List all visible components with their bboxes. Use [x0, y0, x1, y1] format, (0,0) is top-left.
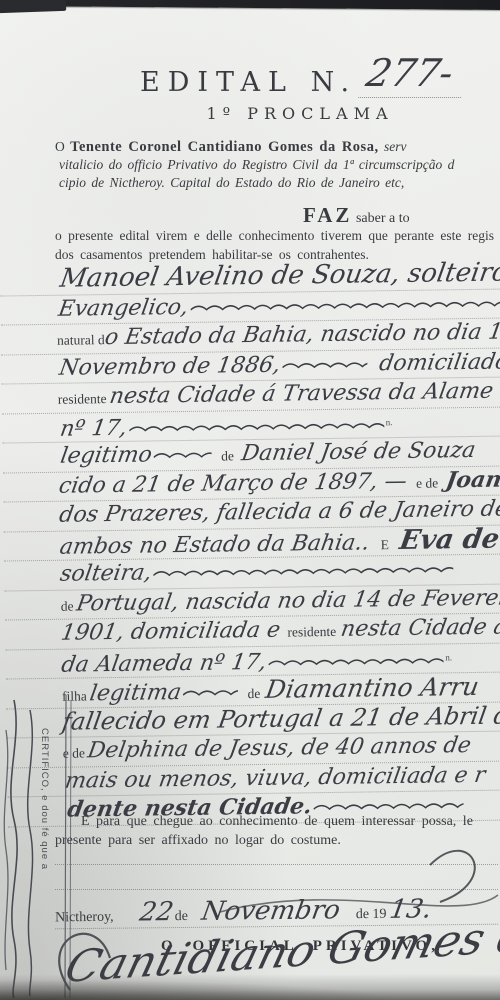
faz-saber-line: FAZ saber a to [303, 203, 410, 228]
handwritten-text: Eva de J [398, 525, 500, 554]
printed-text: natural d [57, 332, 105, 348]
ink-fill-stroke [268, 656, 443, 668]
handwritten-text: nesta Cidade á Tra [339, 613, 500, 643]
printed-line-4: o presente edital virem e delle conhecim… [55, 228, 494, 244]
edital-header: EDITAL N.277- [140, 56, 466, 103]
scanned-document: { "colors":{"paper":"#edeeec","ink":"#3a… [0, 0, 500, 1000]
intro-tail: serv [379, 139, 407, 154]
ink-fill-stroke [183, 688, 238, 699]
handwritten-text: solteira, [58, 559, 153, 587]
ink-fill-stroke [129, 421, 384, 435]
handwritten-text: Manoel Avelino de Souza, solteiro, Pasto… [58, 258, 500, 293]
intro-line-3: cipio de Nictheroy. Capital do Estado do… [55, 174, 454, 192]
handwritten-text: Evangelico, [56, 293, 190, 322]
edital-title: EDITAL N. [140, 67, 357, 98]
ink-fill-stroke [153, 565, 453, 579]
ink-fill-stroke [154, 451, 212, 462]
handwritten-text: Joanna [443, 466, 500, 494]
handwritten-text: legitima [88, 679, 183, 707]
handwritten-text: Portugal, nascida no dia 14 de Fevereiro [75, 584, 500, 617]
faz-word: FAZ [303, 203, 352, 227]
intro-line-officer: O Tenente Coronel Cantidiano Gomes da Ro… [55, 138, 454, 156]
scanner-edge-bottom [0, 974, 500, 1000]
handwritten-text: fallecido em Portugal a 21 de Abril de 1 [60, 701, 500, 735]
handwritten-text: legitimo [58, 441, 154, 469]
officer-name: Tenente Coronel Cantidiano Gomes da Rosa… [70, 139, 378, 155]
printed-text: de [218, 448, 238, 463]
printed-text: residente [58, 391, 110, 407]
handwritten-text: nº 17, [58, 415, 129, 443]
intro-paragraph: O Tenente Coronel Cantidiano Gomes da Ro… [55, 138, 454, 192]
faz-tail: saber a to [352, 211, 409, 226]
handwritten-text: o Estado da Bahia, nascido no dia 10 [102, 318, 500, 351]
scanner-edge-corner [0, 0, 66, 13]
ink-fill-stroke [190, 299, 500, 314]
handwritten-text: 1901, domiciliada e [59, 617, 282, 647]
handwritten-text: Delphina de Jesus, de 40 annos de [86, 732, 473, 764]
intro-o: O [55, 139, 70, 154]
handwritten-text: nesta Cidade á Travessa da Alame [108, 378, 496, 410]
handwritten-text: cido a 21 de Março de 1897, — [57, 467, 409, 499]
handwritten-text: ambos no Estado da Bahia.. [58, 529, 372, 560]
handwritten-text: da Alameda nº 17, [59, 649, 268, 679]
printed-text: e de [413, 475, 442, 490]
printed-text: E [377, 537, 392, 552]
printed-text: de [244, 686, 264, 701]
closing-line-1: E para que chegue ao conhecimento de que… [55, 812, 495, 831]
handwritten-text: Novembro de 1886, [57, 351, 282, 381]
intro-line-2: vitalicio do officio Privativo do Regist… [55, 156, 454, 174]
form-n-label: n. [386, 417, 393, 427]
printed-text: residente [284, 624, 340, 640]
handwritten-text: mais ou menos, viuva, domiciliada e r [63, 761, 487, 794]
handwritten-text: Diamantino Arru [263, 673, 480, 703]
scanner-edge-top [0, 0, 500, 10]
edital-number-handwritten: 277- [358, 51, 471, 98]
certifico-stamp: CERTIFICO, e dou fé que a [39, 728, 50, 870]
handwritten-text: domiciliado [377, 348, 500, 377]
proclama-subtitle: 1º PROCLAMA [150, 104, 450, 123]
form-n-label: n. [445, 652, 452, 662]
ink-fill-stroke [282, 360, 367, 371]
handwritten-text: Daniel José de Souza [239, 437, 477, 467]
